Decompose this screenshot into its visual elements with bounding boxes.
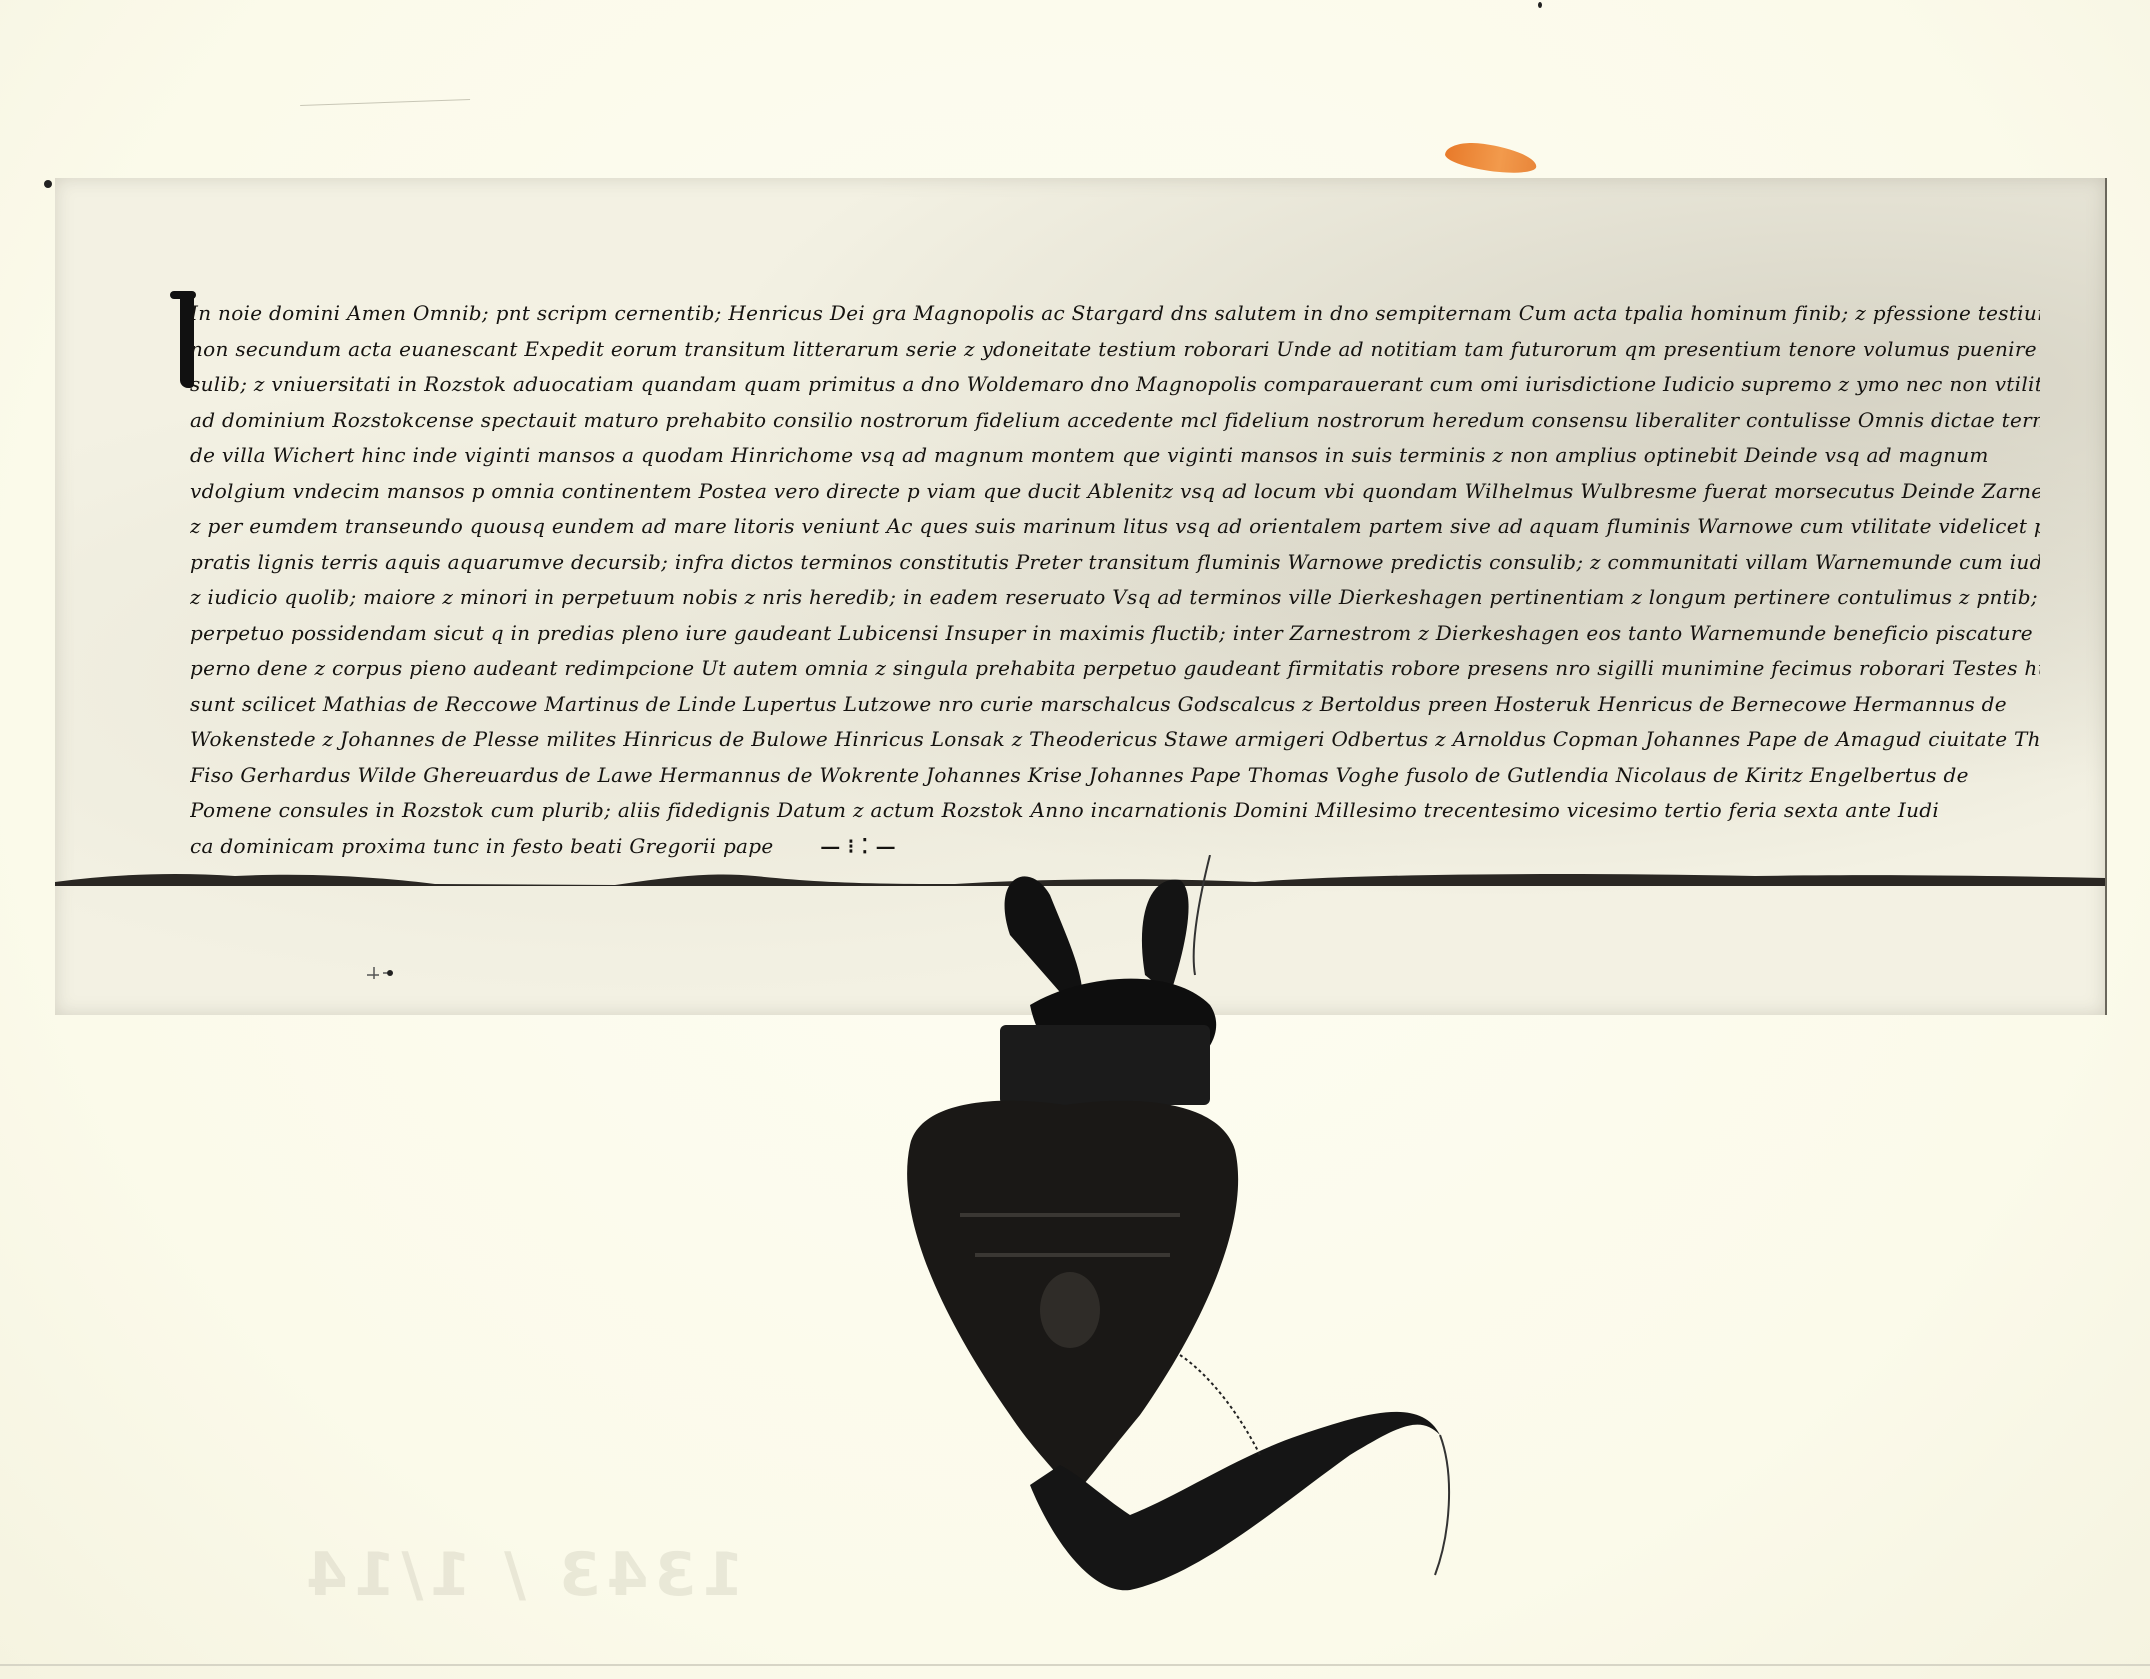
charter-line: sulib; z vniuersitati in Rozstok aduocat…	[190, 367, 2040, 403]
charter-line: Fiso Gerhardus Wilde Ghereuardus de Lawe…	[190, 758, 2040, 794]
pencil-note-mirrored: 1343 / 1/14	[300, 1540, 744, 1610]
charter-line: sunt scilicet Mathias de Reccowe Martinu…	[190, 687, 2040, 723]
charter-line: de villa Wichert hinc inde viginti manso…	[190, 438, 2040, 474]
charter-line: z iudicio quolib; maiore z minori in per…	[190, 580, 2040, 616]
pendant-seal	[880, 855, 1480, 1635]
closing-marks: — ⁝ ⁚ —	[820, 834, 896, 858]
charter-line: pratis lignis terris aquis aquarumve dec…	[190, 545, 2040, 581]
plica-mark	[365, 963, 395, 981]
print-bottom-edge	[0, 1664, 2150, 1666]
charter-line: z per eumdem transeundo quousq eundem ad…	[190, 509, 2040, 545]
cord-loop-right-icon	[1142, 880, 1189, 995]
charter-line: non secundum acta euanescant Expedit eor…	[190, 332, 2040, 368]
charter-line: Wokenstede z Johannes de Plesse milites …	[190, 722, 2040, 758]
charter-final-text: ca dominicam proxima tunc in festo beati…	[190, 834, 774, 858]
charter-line: vdolgium vndecim mansos p omnia continen…	[190, 474, 2040, 510]
charter-line: Pomene consules in Rozstok cum plurib; a…	[190, 793, 2040, 829]
corner-dot	[44, 180, 52, 188]
corner-dot	[1538, 2, 1542, 8]
charter-line: perno dene z corpus pieno audeant redimp…	[190, 651, 2040, 687]
charter-text: In noie domini Amen Omnib; pnt scripm ce…	[190, 296, 2040, 864]
charter-line: ad dominium Rozstokcense spectauit matur…	[190, 403, 2040, 439]
charter-line: perpetuo possidendam sicut q in predias …	[190, 616, 2040, 652]
charter-line: In noie domini Amen Omnib; pnt scripm ce…	[190, 296, 2040, 332]
